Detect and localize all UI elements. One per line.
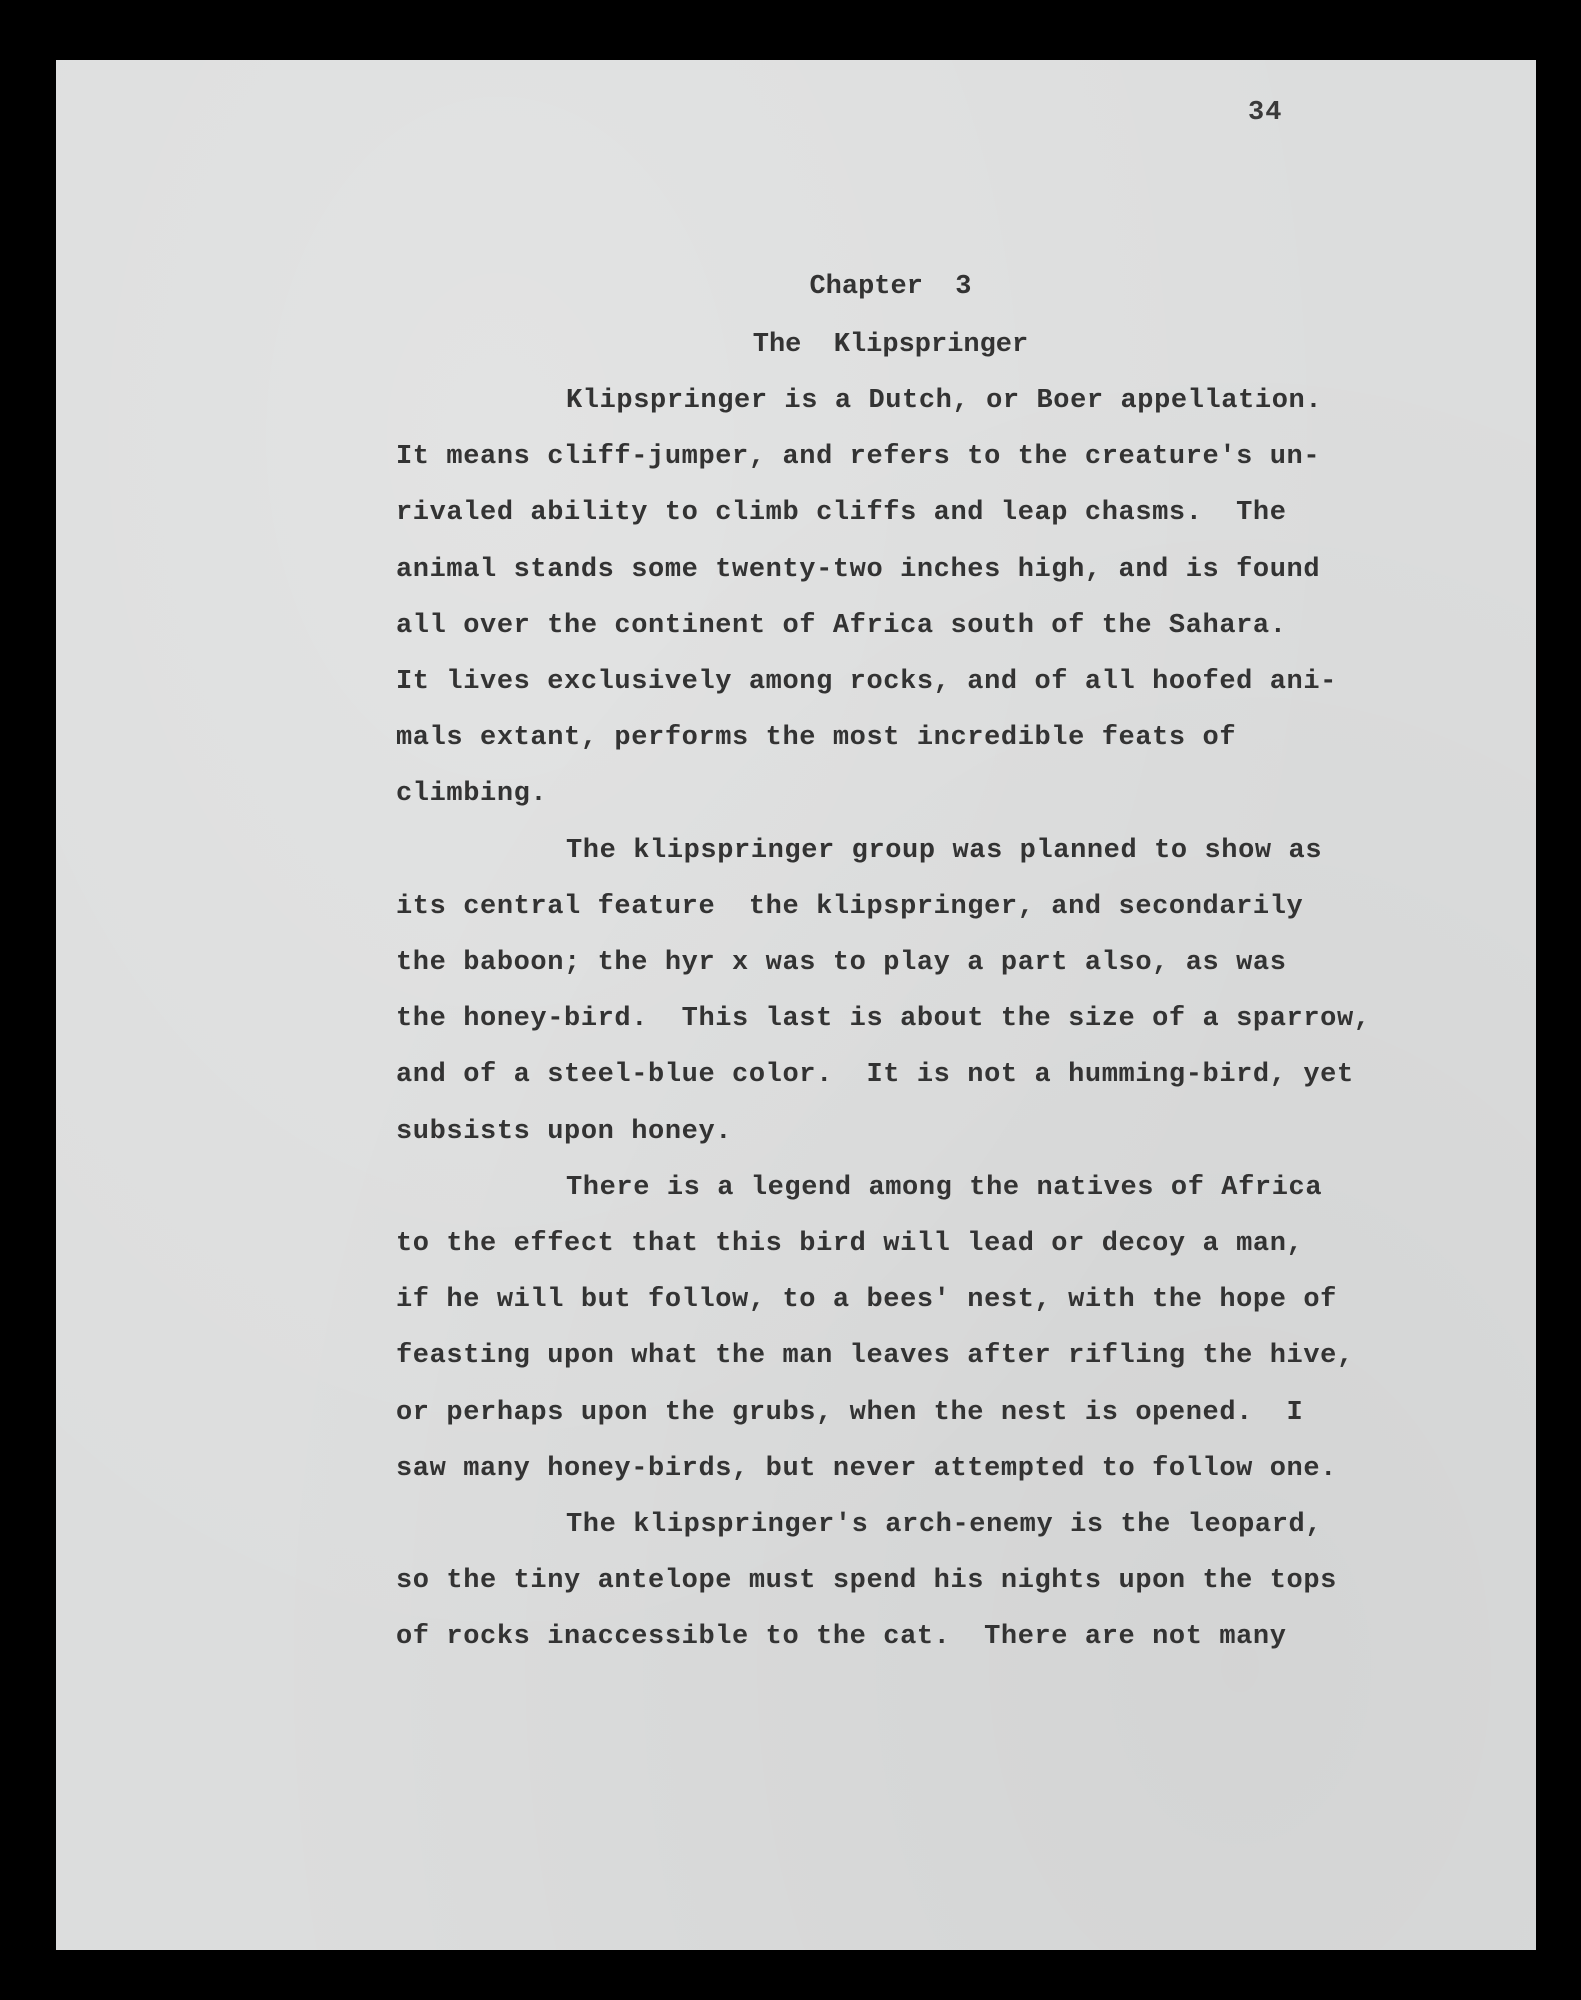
text-line: and of a steel-blue color. It is not a h… <box>396 1058 1354 1092</box>
text-line: of rocks inaccessible to the cat. There … <box>396 1620 1287 1654</box>
text-line: feasting upon what the man leaves after … <box>396 1339 1354 1373</box>
text-line: There is a legend among the natives of A… <box>566 1171 1322 1205</box>
text-line: rivaled ability to climb cliffs and leap… <box>396 496 1287 530</box>
chapter-heading: Chapter 3 <box>100 272 1581 302</box>
text-line: saw many honey-birds, but never attempte… <box>396 1452 1337 1486</box>
text-line: or perhaps upon the grubs, when the nest… <box>396 1396 1303 1430</box>
text-line: Klipspringer is a Dutch, or Boer appella… <box>566 384 1322 418</box>
text-line: The klipspringer's arch-enemy is the leo… <box>566 1508 1322 1542</box>
text-line: its central feature the klipspringer, an… <box>396 890 1303 924</box>
text-line: mals extant, performs the most incredibl… <box>396 721 1236 755</box>
text-line: so the tiny antelope must spend his nigh… <box>396 1564 1337 1598</box>
text-line: It means cliff-jumper, and refers to the… <box>396 440 1320 474</box>
text-line: The klipspringer group was planned to sh… <box>566 834 1322 868</box>
text-line: animal stands some twenty-two inches hig… <box>396 553 1320 587</box>
chapter-title: The Klipspringer <box>100 330 1581 360</box>
text-line: It lives exclusively among rocks, and of… <box>396 665 1337 699</box>
text-line: to the effect that this bird will lead o… <box>396 1227 1303 1261</box>
page-number: 34 <box>1248 98 1282 128</box>
text-line: climbing. <box>396 777 547 811</box>
text-line: all over the continent of Africa south o… <box>396 609 1287 643</box>
text-line: subsists upon honey. <box>396 1115 732 1149</box>
text-line: the honey-bird. This last is about the s… <box>396 1002 1371 1036</box>
text-line: if he will but follow, to a bees' nest, … <box>396 1283 1337 1317</box>
text-line: the baboon; the hyr x was to play a part… <box>396 946 1287 980</box>
